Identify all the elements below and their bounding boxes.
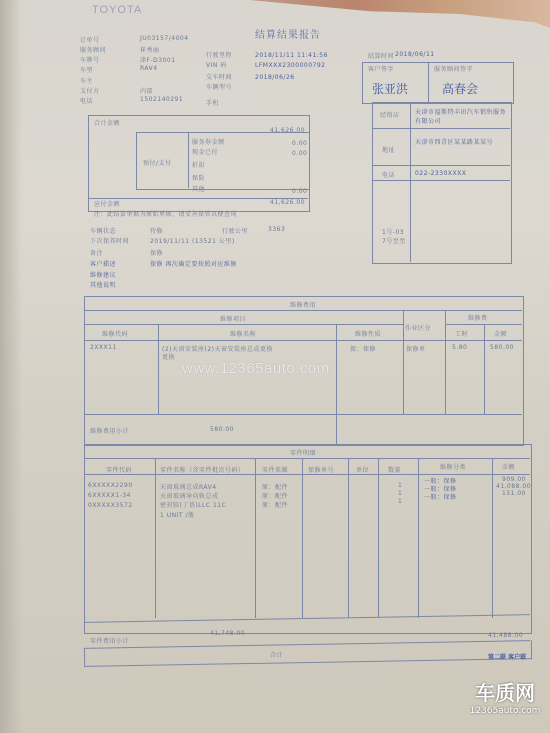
labor-fee-label: 维修费 [468, 313, 488, 322]
settle-time: 2018/06/11 [395, 51, 435, 58]
parts-section-title: 零件明细 [290, 448, 316, 457]
settle-time-label: 结算时间 [368, 51, 394, 60]
part-source: 原：配件 [262, 482, 288, 491]
divider [84, 414, 522, 415]
dealer-addr: 天津市西青区某某路某某号 [415, 138, 507, 147]
labor-area: 保修单 [406, 344, 426, 353]
part-name: 密封胶(丁基)LLC 11C [160, 500, 226, 509]
field-value: LFMXXX2300000792 [255, 62, 325, 69]
part-qty: 1 [398, 498, 402, 505]
col-header: 零件名称（含零件批次号码） [160, 465, 245, 474]
divider [445, 310, 446, 414]
labor-section-title: 维修费用 [290, 300, 316, 309]
col-header: 零件来源 [262, 465, 288, 474]
field-label: 电话 [80, 96, 93, 105]
info-label: 客户描述 [90, 259, 116, 268]
part-source: 原：配件 [262, 500, 288, 509]
brand-watermark: 车质网 12365auto.com [460, 680, 550, 733]
total-row [84, 640, 532, 667]
part-code: 0XXXXX3572 [88, 502, 133, 509]
summary-row-label: 折扣 [192, 160, 205, 169]
dealer-addr-label: 地址 [382, 145, 395, 154]
divider [336, 324, 337, 444]
summary-row-value: 0.00 [292, 150, 307, 157]
divider [188, 132, 189, 188]
divider [84, 310, 522, 311]
divider [372, 180, 510, 181]
col-header: 金额 [502, 462, 515, 471]
field-value: 2018/06/26 [255, 74, 295, 81]
divider [155, 458, 156, 618]
divider [84, 324, 404, 325]
info-label: 车辆状态 [90, 226, 116, 235]
part-name: 1 UNIT /瓶 [160, 510, 194, 519]
part-amount: 151.00 [502, 490, 526, 497]
divider [410, 102, 411, 262]
field-value: 内部 [140, 86, 153, 95]
divider [418, 458, 419, 618]
field-label: 订单号 [80, 35, 100, 44]
field-label: VIN 码 [206, 60, 227, 69]
summary-row-value: 0.00 [292, 188, 307, 195]
field-label: 手机 [206, 98, 219, 107]
field-value: 津F-D3001 [140, 55, 176, 64]
col-header: 单位 [356, 465, 369, 474]
part-source: 原：配件 [262, 491, 288, 500]
field-value: 1502140291 [140, 96, 183, 103]
field-label: 服务顾问 [80, 45, 106, 54]
labor-hours: 5.80 [452, 344, 467, 351]
copy-label: 第二联 客户联 [488, 652, 526, 661]
field-label: 行驶里程 [206, 50, 232, 59]
col-header: 工时 [455, 329, 468, 338]
labor-work-type: 作业区分 [405, 323, 431, 332]
part-category: 一般：保修 [424, 492, 457, 501]
info-value: 2019/11/11 (13521 公里) [150, 236, 235, 245]
field-label: 交车时间 [206, 72, 232, 81]
part-qty: 1 [398, 490, 402, 497]
col-header: 维修性质 [355, 329, 381, 338]
customer-sig-label: 客户签字 [368, 64, 394, 73]
labor-name: (2)天窗安装座(2)天窗安装座总成更换 [162, 344, 273, 353]
part-code: 6XXXXX2290 [88, 482, 133, 489]
divider [372, 165, 510, 166]
dealer-name-label: 经销店 [380, 110, 400, 119]
part-code: 6XXXXX1-34 [88, 492, 131, 499]
col-header: 数量 [388, 465, 401, 474]
parts-grand-total: 41,488.00 [488, 632, 523, 639]
field-label: 车牌号 [80, 55, 100, 64]
divider [302, 458, 303, 618]
labor-group-title: 维修项目 [220, 314, 246, 323]
mileage-value: 3363 [268, 226, 285, 233]
advisor-signature: 高春会 [442, 80, 478, 97]
part-amount: 909.00 [502, 476, 526, 483]
toyota-logo: TOYOTA [92, 4, 142, 16]
divider [428, 62, 429, 102]
field-value: 崔秀丽 [140, 45, 160, 54]
mileage-label: 行驶公里 [222, 226, 248, 235]
divider [403, 310, 404, 414]
document-title: 结算结果报告 [255, 26, 321, 41]
info-value: 保修 [150, 248, 163, 257]
summary-title: 合计金额 [94, 118, 120, 127]
divider [372, 128, 510, 129]
col-header: 维修分类 [440, 462, 466, 471]
divider [378, 458, 379, 618]
summary-row-label: 服务券金额 [192, 137, 225, 146]
field-value: RAV4 [140, 65, 158, 72]
summary-note: 注：此结算单据为原始单据，请妥善保管以便查询 [94, 209, 237, 218]
due-amount: 41,626.00 [270, 199, 305, 206]
divider [84, 474, 530, 475]
part-amount: 41,088.00 [496, 483, 531, 490]
labor-type: 保：保修 [350, 344, 376, 353]
parts-subtotal: 41,748.00 [210, 630, 245, 637]
labor-amount: 580.00 [490, 344, 514, 351]
divider [158, 324, 159, 414]
watermark-url: www.12365auto.com [182, 360, 330, 377]
divider [492, 458, 493, 618]
dealer-phone-label: 电话 [382, 170, 395, 179]
customer-signature: 张亚洪 [372, 80, 408, 97]
field-label: 车型 [80, 65, 93, 74]
col-header: 维修代码 [102, 329, 128, 338]
col-header: 零件代码 [106, 465, 132, 474]
part-name: 天窗玻璃导向轨总成 [160, 491, 219, 500]
labor-subtotal: 580.00 [210, 426, 234, 433]
field-value: JU03157/4004 [140, 35, 189, 42]
part-qty: 1 [398, 482, 402, 489]
summary-row-label: 其他 [192, 184, 205, 193]
summary-row-label: 保险 [192, 173, 205, 182]
parts-subtotal-label: 零件费用小计 [90, 636, 129, 645]
col-header: 维修名称 [230, 329, 256, 338]
info-label: 维修建议 [90, 270, 116, 279]
labor-extra: 更换 [162, 352, 175, 361]
field-label: 支付方 [80, 86, 100, 95]
summary-row-value: 0.00 [292, 140, 307, 147]
info-value: 待修 [150, 226, 163, 235]
due-label: 应付金额 [94, 199, 120, 208]
brand-url: 12365auto.com [460, 706, 550, 716]
field-label: 车辆型号 [206, 82, 232, 91]
info-label: 备注 [90, 248, 103, 257]
field-label: 车主 [80, 76, 93, 85]
divider [84, 458, 530, 459]
divider [484, 324, 485, 414]
dealer-stamp-note: 1号-03 7号至至 [382, 228, 408, 246]
info-label: 下次保养时间 [90, 236, 129, 245]
divider [348, 458, 349, 618]
labor-subtotal-label: 维修费用小计 [90, 426, 129, 435]
labor-code: 2XXX11 [90, 344, 117, 351]
advisor-sig-label: 服务顾问签字 [434, 64, 473, 73]
col-header: 金额 [494, 329, 507, 338]
info-label: 其他说明 [90, 280, 116, 289]
prepay-label: 预付/支付 [143, 158, 172, 167]
brand-logo-text: 车质网 [460, 680, 550, 706]
divider [255, 458, 256, 618]
dealer-phone: 022-2330XXXX [415, 170, 466, 177]
col-header: 保修单号 [308, 465, 334, 474]
dealer-name: 天津市福斯特丰田汽车销售服务有限公司 [415, 108, 507, 126]
part-name: 天窗玻璃总成RAV4 [160, 482, 217, 491]
info-value: 保修 再次确定要按照对应维修 [150, 259, 237, 268]
field-value: 2018/11/11 11:41:56 [255, 52, 328, 59]
summary-row-label: 现金已付 [192, 147, 218, 156]
divider [84, 340, 522, 341]
